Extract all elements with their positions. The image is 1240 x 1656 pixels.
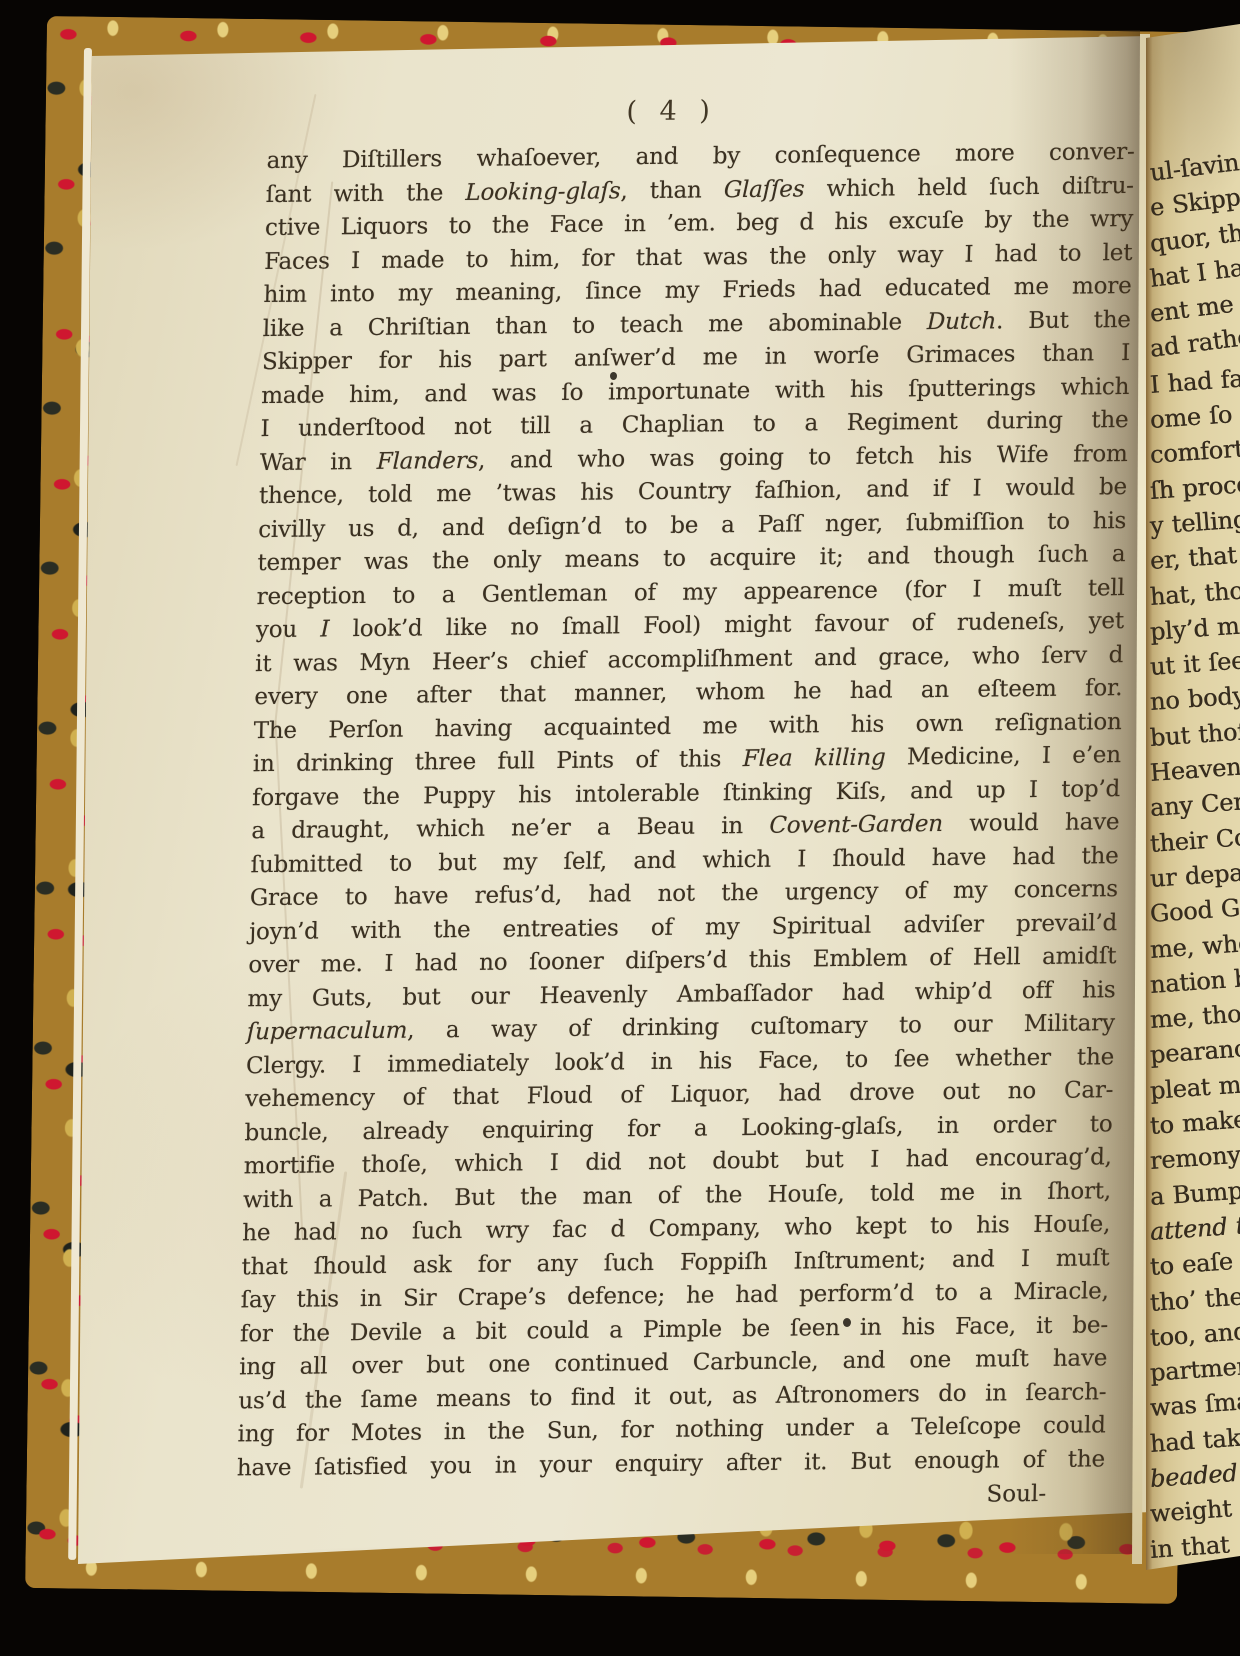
ink-blot: [610, 372, 617, 380]
book-photo: ( 4 ) any Diſtillers whaſoever, and by c…: [0, 0, 1240, 1656]
body-text-lines: any Diſtillers whaſoever, and by conſequ…: [237, 136, 1135, 1485]
facing-page-text: ul-ſaving,e Skipper,quor, thahat I haden…: [1150, 156, 1240, 1568]
ink-blot: [843, 1318, 851, 1327]
facing-page: ul-ſaving,e Skipper,quor, thahat I haden…: [1146, 24, 1240, 1572]
text-block: ( 4 ) any Diſtillers whaſoever, and by c…: [236, 91, 1136, 1520]
